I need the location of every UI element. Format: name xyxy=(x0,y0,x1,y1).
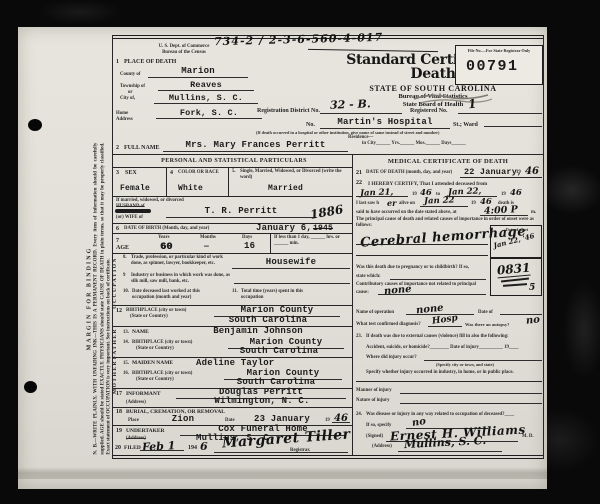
registration-district-label: Registration District No. xyxy=(257,108,320,115)
filed-date-line xyxy=(140,443,184,451)
place-of-death-label: PLACE OF DEATH xyxy=(124,59,176,66)
where-injury-note: (Specify city or town, and state) xyxy=(436,362,494,367)
bureau-of-census-label: Bureau of the Census xyxy=(118,50,250,56)
informant-address-label: (Address) xyxy=(126,400,146,406)
less-than-one-day-label: If less than 1 day, ______ hrs. or _____… xyxy=(274,235,348,247)
marital-number: 5. xyxy=(232,169,236,175)
file-number-box: File No.—For State Registrar Only 00791 xyxy=(455,45,543,85)
county-value: Marion xyxy=(148,67,248,78)
father-name-label: NAME xyxy=(132,329,149,336)
sex-value: Female xyxy=(120,185,150,194)
marital-label: Single, Married, Widowed, or Divorced (w… xyxy=(240,169,348,181)
filed-year-prefix: 194 xyxy=(188,445,197,452)
ward-blank-line xyxy=(484,119,542,127)
time-line xyxy=(480,208,528,216)
filed-number: 20 xyxy=(115,445,121,452)
father-section-label: FATHER xyxy=(113,328,119,359)
state-which-label: state which: xyxy=(356,274,381,280)
race-label: COLOR OR RACE xyxy=(178,170,226,176)
home-address-value: Fork, S. C. xyxy=(156,109,262,119)
address-line xyxy=(398,444,502,452)
date-of-onset-value: Jan 22, '46 xyxy=(493,231,536,250)
test-line xyxy=(428,319,462,327)
dob-year-handwritten: 1886 xyxy=(309,202,344,222)
spouse-name-value: T. R. Perritt xyxy=(166,207,316,218)
township-value: Reaves xyxy=(158,81,254,91)
if-so-specify-label: If so, specify xyxy=(366,423,391,429)
pencil-scribble xyxy=(410,89,496,105)
alive-on-label: alive on xyxy=(399,201,415,207)
physician-address-label: (Address) xyxy=(372,444,392,450)
alive-year-prefix: 19 xyxy=(471,201,476,207)
hole-punch-top xyxy=(28,119,42,131)
last-worked-number: 10. xyxy=(123,289,129,295)
age-years-value: 60 xyxy=(160,242,172,253)
state-which-line xyxy=(390,272,486,280)
age-days-value: 16 xyxy=(244,242,255,252)
certificate-sheet: MARGIN FOR BINDING N. B.—WRITE PLAINLY, … xyxy=(18,27,547,489)
to-year-hw: 46 xyxy=(510,188,522,198)
dob-label: DATE OF BIRTH (Month, day, and year) xyxy=(124,226,254,232)
trade-number: 8. xyxy=(123,255,127,261)
binding-margin-note: MARGIN FOR BINDING N. B.—WRITE PLAINLY, … xyxy=(85,143,112,455)
operation-label: Name of operation xyxy=(356,310,394,316)
registered-no-label: Registered No. xyxy=(410,108,448,115)
cell-divider xyxy=(270,233,271,253)
informant-number: 17 xyxy=(116,391,122,398)
item1-number: 1 xyxy=(116,59,119,66)
nature-of-injury-label: Nature of injury xyxy=(356,398,390,404)
full-name-value: Mrs. Mary Frances Perritt xyxy=(163,141,348,152)
filed-label: FILED xyxy=(124,445,141,452)
full-name-label: FULL NAME xyxy=(124,145,160,152)
undertaker-label: UNDERTAKER xyxy=(126,428,165,435)
her-handwritten: er xyxy=(387,198,396,208)
form-left-border xyxy=(112,35,113,459)
pen-stroke xyxy=(503,283,527,286)
scan-smudge xyxy=(18,467,547,479)
city-value: Mullins, S. C. xyxy=(154,94,258,104)
street-ward-label: St.; Ward xyxy=(453,122,478,129)
hospital-name-value: Martin's Hospital xyxy=(320,118,450,129)
contributory-cause-label: cause: xyxy=(356,290,369,296)
date-of-death-label: DATE OF DEATH (month, day, and year) xyxy=(366,170,452,176)
burial-place-label: Place xyxy=(128,418,139,424)
cell-divider xyxy=(228,167,229,196)
registration-district-line xyxy=(320,106,402,114)
accident-line: Accident, suicide, or homicide?________ … xyxy=(366,345,544,351)
file-number-value: 00791 xyxy=(466,59,519,76)
total-time-label: Total time (years) spent in this occupat… xyxy=(241,289,323,301)
margin-instructions-text: N. B.—WRITE PLAINLY, WITH UNFADING INK—T… xyxy=(94,143,113,455)
dod-year-handwritten: 46 xyxy=(525,166,539,177)
industry-blank-line xyxy=(234,276,350,284)
industry-number: 9 xyxy=(123,273,125,279)
father-name-value: Benjamin Johnson xyxy=(178,327,338,337)
occurred-label: said to have occurred on the date stated… xyxy=(356,210,457,216)
manner-line xyxy=(400,386,542,394)
date-of-onset-label: Date of onset xyxy=(493,227,541,232)
trade-value: Housewife xyxy=(232,258,350,269)
contributory-line xyxy=(378,287,486,295)
father-bp-number: 14. xyxy=(123,340,129,346)
age-label: AGE xyxy=(116,245,129,252)
registrar-signature-line xyxy=(214,445,348,453)
burial-year-line xyxy=(332,415,350,423)
last-saw-label: I last saw h xyxy=(356,201,379,207)
specify-injury-line: Specify whether injury occurred in indus… xyxy=(366,370,544,376)
marital-value: Married xyxy=(268,185,303,194)
column-divider xyxy=(352,154,353,455)
rule xyxy=(112,196,352,197)
related-number: 24. xyxy=(356,412,362,418)
date-of-onset-box: Date of onset Jan 22, '46 xyxy=(490,225,542,258)
hole-punch-bottom xyxy=(24,381,37,393)
undertaker-number: 19 xyxy=(116,428,122,435)
wife-of-label: (or) WIFE of xyxy=(116,215,143,221)
where-injury-label: Where did injury occur? xyxy=(366,355,417,361)
external-number: 23. xyxy=(356,334,362,340)
code-box: 0831 5 xyxy=(490,258,542,296)
certify-number: 22 xyxy=(356,180,362,187)
sex-number: 3 xyxy=(116,170,119,177)
header-bottom-rule xyxy=(112,154,544,155)
last-worked-label: Date deceased last worked at this occupa… xyxy=(132,289,220,301)
mother-name-number: 15. xyxy=(123,361,129,367)
medical-certificate-header: MEDICAL CERTIFICATE OF DEATH xyxy=(366,158,530,166)
external-causes-label: If death was due to external causes (vio… xyxy=(366,334,544,340)
from-year-prefix: 19 xyxy=(412,192,417,198)
burial-year-prefix: 19 xyxy=(325,418,330,424)
code-note-handwritten: 5 xyxy=(529,283,535,293)
birthplace-number: 12 xyxy=(116,308,122,315)
rule xyxy=(460,177,542,178)
operation-line xyxy=(406,307,474,315)
to-year-prefix: 19 xyxy=(501,192,506,198)
age-months-value: — xyxy=(204,243,209,252)
rule xyxy=(112,233,352,234)
months-label: Months xyxy=(200,235,216,241)
cause-line-2 xyxy=(356,255,488,256)
race-value: White xyxy=(178,185,203,194)
hospital-no-label: No. xyxy=(306,122,315,129)
registrar-label: Registrar. xyxy=(290,448,310,454)
mother-bp-sub-label: (State or Country) xyxy=(136,377,174,383)
date-of-death-value: 22 January, xyxy=(464,168,522,177)
operation-date-label: Date of xyxy=(478,310,493,316)
nature-line xyxy=(400,396,542,404)
autopsy-value-handwritten: no xyxy=(525,314,540,326)
city-label: City of, xyxy=(120,96,135,102)
margin-binding-label: MARGIN FOR BINDING xyxy=(85,143,93,455)
manner-of-injury-label: Manner of injury xyxy=(356,388,392,394)
years-label: Years xyxy=(158,235,169,241)
race-number: 4 xyxy=(170,170,173,177)
industry-label: Industry or business in which work was d… xyxy=(131,273,231,285)
from-date-line xyxy=(356,189,408,197)
mother-name-label: MAIDEN NAME xyxy=(132,360,173,367)
filed-year-handwritten: 6 xyxy=(200,440,208,453)
autopsy-label: Was there an autopsy? xyxy=(465,322,509,328)
item2-number: 2 xyxy=(116,145,119,152)
mother-bp-number: 16. xyxy=(123,371,129,377)
rule xyxy=(112,253,352,254)
birthplace-sub-label: (State or Country) xyxy=(130,314,168,320)
rule xyxy=(112,167,352,168)
county-label: County of xyxy=(120,72,140,78)
date-of-death-number: 21 xyxy=(356,170,362,177)
total-time-number: 11. xyxy=(232,289,238,295)
code-0831-handwritten: 0831 xyxy=(496,261,531,279)
cause-line-1 xyxy=(356,244,488,245)
rule xyxy=(112,407,352,408)
registered-no-line xyxy=(458,106,542,114)
signed-label: (Signed) xyxy=(366,434,383,440)
father-bp-sub-label: (State or Country) xyxy=(136,346,174,352)
residence-line: in City______ Yrs.______ Mos.______ Days… xyxy=(362,141,466,147)
m-label: m. xyxy=(531,210,536,216)
burial-number: 18 xyxy=(116,409,122,416)
address-label: Address xyxy=(116,117,133,123)
dod-year-prefix: 19 xyxy=(516,170,521,176)
md-label: M. D. xyxy=(522,434,534,440)
informant-label: INFORMANT xyxy=(126,391,161,398)
where-injury-line xyxy=(424,353,542,361)
test-label: What test confirmed diagnosis? xyxy=(356,322,421,328)
bottom-double-rule xyxy=(112,455,544,459)
related-to-occupation-label: Was disease or injury in any way related… xyxy=(366,412,544,418)
hospital-note: (If death occurred in a hospital or othe… xyxy=(256,130,546,135)
rule xyxy=(356,381,542,382)
father-name-number: 13. xyxy=(123,330,129,336)
personal-particulars-header: PERSONAL AND STATISTICAL PARTICULARS xyxy=(128,158,340,165)
cell-divider xyxy=(166,167,167,196)
alive-date-line xyxy=(420,199,468,207)
pregnancy-question: Was this death due to pregnancy or to ch… xyxy=(356,265,488,271)
scanned-certificate-image: MARGIN FOR BINDING N. B.—WRITE PLAINLY, … xyxy=(0,0,600,504)
form-right-border xyxy=(543,35,544,459)
trade-label: Trade, profession, or particular kind of… xyxy=(131,255,227,267)
pen-stroke xyxy=(501,278,529,283)
occupation-section-label: OCCUPATION xyxy=(113,257,119,309)
sex-label: SEX xyxy=(125,170,137,177)
typewriter-overstrike-blot xyxy=(115,209,151,213)
file-number-label: File No.—For State Registrar Only xyxy=(456,48,542,53)
